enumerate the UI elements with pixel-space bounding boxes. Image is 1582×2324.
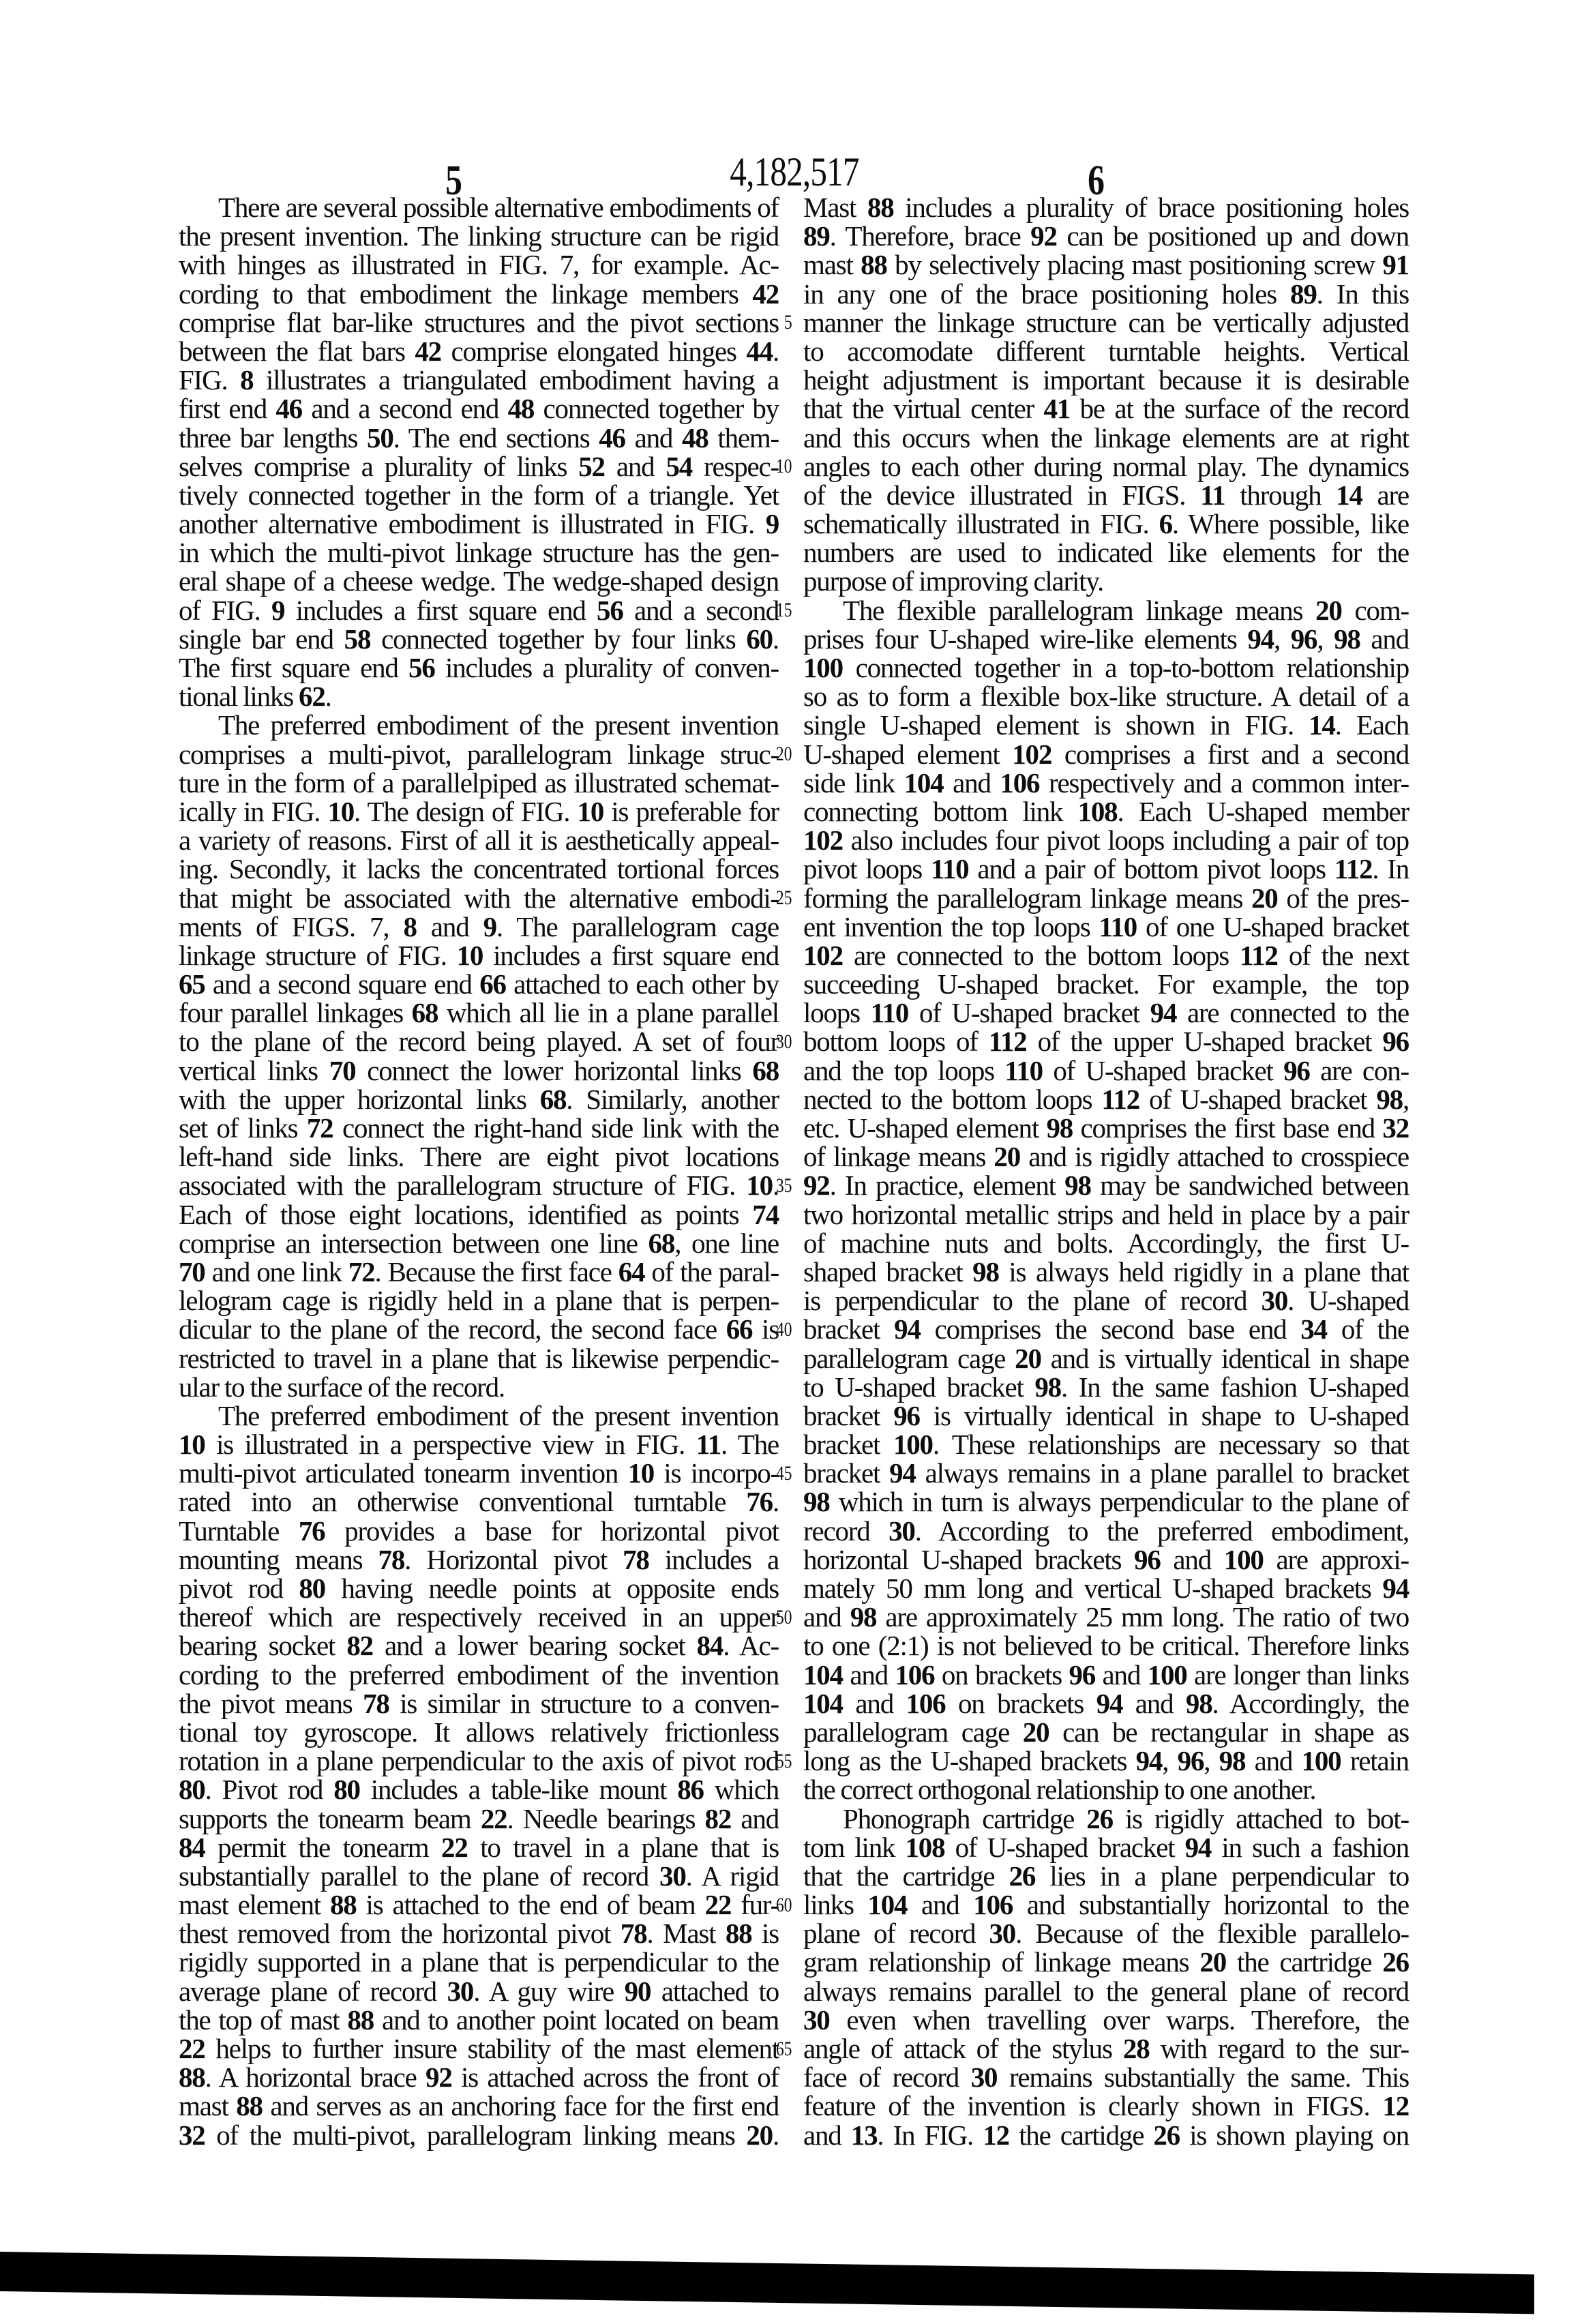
text-run: . Accordingly, the bbox=[1212, 1688, 1409, 1719]
text-run: mast element bbox=[179, 1889, 330, 1920]
reference-numeral: 82 bbox=[705, 1803, 732, 1834]
reference-numeral: 96 bbox=[893, 1400, 920, 1431]
reference-numeral: 112 bbox=[1334, 853, 1373, 884]
text-line: of linkage means 20 and is rigidly attac… bbox=[803, 1142, 1409, 1171]
text-line: of machine nuts and bolts. Accordingly, … bbox=[803, 1229, 1409, 1257]
text-run: and bbox=[1095, 1659, 1148, 1690]
text-line: 30 even when travelling over warps. Ther… bbox=[803, 2006, 1409, 2034]
text-line: pivot loops 110 and a pair of bottom piv… bbox=[803, 854, 1409, 883]
text-line: 104 and 106 on brackets 96 and 100 are l… bbox=[803, 1660, 1409, 1689]
text-run: even when travelling over warps. Therefo… bbox=[830, 2004, 1409, 2036]
text-line: ture in the form of a parallelpiped as i… bbox=[179, 769, 779, 797]
text-run: . According to the preferred embodiment, bbox=[915, 1515, 1409, 1547]
text-run: is attached to the end of beam bbox=[357, 1889, 705, 1920]
reference-numeral: 100 bbox=[893, 1429, 933, 1460]
text-line: with hinges as illustrated in FIG. 7, fo… bbox=[179, 250, 779, 279]
reference-numeral: 88 bbox=[726, 1918, 752, 1949]
text-line: thest removed from the horizontal pivot … bbox=[179, 1919, 779, 1948]
text-line: 84 permit the tonearm 22 to travel in a … bbox=[179, 1833, 779, 1862]
reference-numeral: 88 bbox=[347, 2004, 374, 2036]
reference-numeral: 88 bbox=[179, 2061, 205, 2093]
reference-numeral: 32 bbox=[1382, 1112, 1409, 1144]
reference-numeral: 86 bbox=[677, 1774, 704, 1805]
reference-numeral: 30 bbox=[803, 2004, 830, 2036]
text-run: bracket bbox=[803, 1313, 894, 1345]
text-run: permit the tonearm bbox=[205, 1832, 441, 1863]
reference-numeral: 104 bbox=[803, 1688, 843, 1719]
reference-numeral: 65 bbox=[179, 968, 205, 1000]
text-run: to travel in a plane that is bbox=[468, 1832, 779, 1863]
text-run: cording to that embodiment the linkage m… bbox=[179, 278, 752, 310]
reference-numeral: 78 bbox=[621, 1918, 647, 1949]
text-run: the correct orthogonal relationship to o… bbox=[803, 1774, 1315, 1805]
reference-numeral: 94 bbox=[1096, 1688, 1123, 1719]
reference-numeral: 80 bbox=[299, 1573, 325, 1604]
text-run: bracket bbox=[803, 1400, 893, 1431]
reference-numeral: 102 bbox=[803, 940, 843, 971]
text-line: to one (2:1) is not believed to be criti… bbox=[803, 1631, 1409, 1660]
text-line: three bar lengths 50. The end sections 4… bbox=[179, 423, 779, 452]
text-run: of the bbox=[1327, 1313, 1409, 1345]
reference-numeral: 66 bbox=[726, 1313, 753, 1345]
text-run: and bbox=[625, 422, 682, 453]
text-run: . Each bbox=[1335, 709, 1409, 741]
reference-numeral: 100 bbox=[1148, 1659, 1187, 1690]
text-run: numbers are used to indicated like eleme… bbox=[803, 537, 1409, 568]
text-run: and this occurs when the linkage element… bbox=[803, 422, 1409, 453]
text-run: U-shaped element bbox=[803, 739, 1012, 770]
text-run: tional toy gyroscope. It allows relative… bbox=[179, 1716, 779, 1748]
reference-numeral: 14 bbox=[1336, 479, 1362, 511]
text-run: Each of those eight locations, identifie… bbox=[179, 1199, 752, 1230]
text-line: forming the parallelogram linkage means … bbox=[803, 884, 1409, 912]
text-line: to U-shaped bracket 98. In the same fash… bbox=[803, 1373, 1409, 1401]
text-line: angle of attack of the stylus 28 with re… bbox=[803, 2034, 1409, 2063]
text-run: purpose of improving clarity. bbox=[803, 565, 1103, 597]
text-run: shaped bracket bbox=[803, 1256, 972, 1287]
reference-numeral: 100 bbox=[1302, 1745, 1341, 1776]
text-line: mately 50 mm long and vertical U-shaped … bbox=[803, 1574, 1409, 1603]
text-line: face of record 30 remains substantially … bbox=[803, 2063, 1409, 2091]
text-run: The preferred embodiment of the present … bbox=[218, 1400, 779, 1431]
text-run: and bbox=[417, 911, 483, 942]
text-line: substantially parallel to the plane of r… bbox=[179, 1862, 779, 1890]
text-run: ular to the surface of the record. bbox=[179, 1371, 505, 1403]
reference-numeral: 106 bbox=[906, 1688, 946, 1719]
text-run: and is virtually identical in shape bbox=[1041, 1343, 1409, 1374]
text-line: ing. Secondly, it lacks the concentrated… bbox=[179, 854, 779, 883]
text-line: mast 88 by selectively placing mast posi… bbox=[803, 250, 1409, 279]
reference-numeral: 112 bbox=[1240, 940, 1278, 971]
text-run: and bbox=[803, 1601, 850, 1633]
reference-numeral: 70 bbox=[329, 1055, 356, 1086]
text-run: ing. Secondly, it lacks the concentrated… bbox=[179, 853, 779, 884]
text-run: lelogram cage is rigidly held in a plane… bbox=[179, 1285, 779, 1316]
text-line: 88. A horizontal brace 92 is attached ac… bbox=[179, 2063, 779, 2091]
text-line: 98 which in turn is always perpendicular… bbox=[803, 1487, 1409, 1516]
reference-numeral: 14 bbox=[1309, 709, 1335, 741]
text-run: are approximately 25 mm long. The ratio … bbox=[876, 1601, 1409, 1633]
text-run: of the upper U-shaped bracket bbox=[1026, 1026, 1382, 1057]
reference-numeral: 92 bbox=[1030, 220, 1057, 252]
text-run: and bbox=[1161, 1544, 1224, 1575]
margin-line-number: 20 bbox=[776, 740, 792, 769]
text-line: restricted to travel in a plane that is … bbox=[179, 1344, 779, 1373]
text-line: that might be associated with the altern… bbox=[179, 884, 779, 912]
text-run: connect the right-hand side link with th… bbox=[333, 1112, 779, 1144]
text-line: nected to the bottom loops 112 of U-shap… bbox=[803, 1085, 1409, 1114]
text-run: bottom loops of bbox=[803, 1026, 989, 1057]
text-line: mast 88 and serves as an anchoring face … bbox=[179, 2091, 779, 2120]
text-line: horizontal U-shaped brackets 96 and 100 … bbox=[803, 1545, 1409, 1574]
text-line: average plane of record 30. A guy wire 9… bbox=[179, 1977, 779, 2006]
text-run: that might be associated with the altern… bbox=[179, 882, 779, 914]
text-run: on brackets bbox=[934, 1659, 1069, 1690]
text-run: Phonograph cartridge bbox=[843, 1803, 1086, 1834]
text-line: tional links 62. bbox=[179, 682, 779, 711]
text-run: in such a fashion bbox=[1211, 1832, 1409, 1863]
text-line: ically in FIG. 10. The design of FIG. 10… bbox=[179, 797, 779, 826]
text-run: . The design of FIG. bbox=[354, 796, 577, 827]
text-run: dicular to the plane of the record, the … bbox=[179, 1313, 726, 1345]
reference-numeral: 34 bbox=[1300, 1313, 1327, 1345]
text-line: height adjustment is important because i… bbox=[803, 366, 1409, 394]
text-run: . Each U-shaped member bbox=[1117, 796, 1409, 827]
text-run: . A guy wire bbox=[473, 1976, 624, 2007]
text-run: first end bbox=[179, 393, 275, 424]
text-line: gram relationship of linkage means 20 th… bbox=[803, 1948, 1409, 1976]
text-run: connect the lower horizontal links bbox=[355, 1055, 752, 1086]
reference-numeral: 106 bbox=[895, 1659, 934, 1690]
text-run: helps to further insure stability of the… bbox=[205, 2033, 779, 2064]
text-run: through bbox=[1225, 479, 1336, 511]
text-run: substantially parallel to the plane of r… bbox=[179, 1860, 659, 1892]
reference-numeral: 52 bbox=[578, 451, 605, 482]
reference-numeral: 98 bbox=[803, 1486, 830, 1517]
reference-numeral: 30 bbox=[1262, 1285, 1288, 1316]
text-run: two horizontal metallic strips and held … bbox=[803, 1199, 1409, 1230]
text-run: includes a table-like mount bbox=[360, 1774, 677, 1805]
patent-number: 4,182,517 bbox=[143, 149, 1446, 196]
reference-numeral: 68 bbox=[752, 1055, 779, 1086]
reference-numeral: 10 bbox=[327, 796, 354, 827]
reference-numeral: 94 bbox=[889, 1457, 916, 1489]
text-run: comprises the first base end bbox=[1073, 1112, 1382, 1144]
reference-numeral: 96 bbox=[1382, 1026, 1409, 1057]
text-line: ments of FIGS. 7, 8 and 9. The parallelo… bbox=[179, 912, 779, 941]
text-line: is perpendicular to the plane of record … bbox=[803, 1286, 1409, 1315]
margin-line-number: 55 bbox=[776, 1747, 792, 1776]
text-run: with regard to the sur- bbox=[1150, 2033, 1409, 2064]
text-run: and a second end bbox=[302, 393, 508, 424]
reference-numeral: 62 bbox=[299, 681, 325, 712]
text-run: of the device illustrated in FIGS. bbox=[803, 479, 1200, 511]
text-run: . Horizontal pivot bbox=[404, 1544, 623, 1575]
margin-line-number: 35 bbox=[776, 1172, 792, 1200]
text-run: . The bbox=[721, 1429, 779, 1460]
text-run: is virtually identical in shape to U-sha… bbox=[920, 1400, 1409, 1431]
text-line: 100 connected together in a top-to-botto… bbox=[803, 653, 1409, 682]
text-run: single U-shaped element is shown in FIG. bbox=[803, 709, 1309, 741]
reference-numeral: 8 bbox=[240, 364, 253, 396]
text-line: and the top loops 110 of U-shaped bracke… bbox=[803, 1056, 1409, 1085]
text-line: pivot rod 80 having needle points at opp… bbox=[179, 1574, 779, 1603]
reference-numeral: 89 bbox=[1290, 278, 1317, 310]
text-run: . Similarly, another bbox=[566, 1084, 779, 1115]
text-run: , bbox=[1274, 623, 1291, 655]
reference-numeral: 30 bbox=[447, 1976, 474, 2007]
left-text-column: There are several possible alternative e… bbox=[179, 193, 779, 2149]
reference-numeral: 12 bbox=[983, 2119, 1009, 2151]
text-run: long as the U-shaped brackets bbox=[803, 1745, 1136, 1776]
reference-numeral: 78 bbox=[378, 1544, 405, 1575]
text-run: can be rectangular in shape as bbox=[1049, 1716, 1409, 1748]
text-run: includes a bbox=[649, 1544, 779, 1575]
text-run: by selectively placing mast positioning … bbox=[887, 249, 1383, 280]
text-run: mounting means bbox=[179, 1544, 378, 1575]
text-line: the correct orthogonal relationship to o… bbox=[803, 1775, 1409, 1804]
text-run: , one line bbox=[674, 1227, 779, 1259]
text-run: manner the linkage structure can be vert… bbox=[803, 307, 1409, 338]
reference-numeral: 48 bbox=[508, 393, 535, 424]
reference-numeral: 20 bbox=[746, 2119, 773, 2151]
text-line: plane of record 30. Because of the flexi… bbox=[803, 1919, 1409, 1948]
reference-numeral: 9 bbox=[766, 508, 779, 539]
reference-numeral: 11 bbox=[1200, 479, 1225, 511]
text-run: always remains parallel to the general p… bbox=[803, 1976, 1409, 2007]
text-run: that the cartridge bbox=[803, 1860, 1009, 1892]
text-run: is shown playing on bbox=[1180, 2119, 1409, 2151]
text-run: . In FIG. bbox=[877, 2119, 983, 2151]
text-line: Each of those eight locations, identifie… bbox=[179, 1200, 779, 1229]
text-run: . A rigid bbox=[686, 1860, 779, 1892]
reference-numeral: 56 bbox=[597, 595, 623, 626]
reference-numeral: 88 bbox=[861, 249, 887, 280]
reference-numeral: 96 bbox=[1291, 623, 1317, 655]
reference-numeral: 20 bbox=[1015, 1343, 1041, 1374]
text-run: . Needle bearings bbox=[507, 1803, 704, 1834]
text-run: left-hand side links. There are eight pi… bbox=[179, 1141, 779, 1172]
reference-numeral: 10 bbox=[457, 940, 483, 971]
text-run: and bbox=[943, 767, 1000, 799]
reference-numeral: 104 bbox=[803, 1659, 843, 1690]
text-run: The first square end bbox=[179, 652, 408, 683]
text-line: mounting means 78. Horizontal pivot 78 i… bbox=[179, 1545, 779, 1574]
text-run: and bbox=[803, 2119, 851, 2151]
margin-line-number: 50 bbox=[776, 1603, 792, 1632]
text-line: the pivot means 78 is similar in structu… bbox=[179, 1689, 779, 1718]
text-run: . bbox=[773, 1486, 779, 1517]
text-run: single bar end bbox=[179, 623, 344, 655]
text-run: . Mast bbox=[646, 1918, 725, 1949]
reference-numeral: 10 bbox=[179, 1429, 205, 1460]
text-line: supports the tonearm beam 22. Needle bea… bbox=[179, 1804, 779, 1833]
text-line: cording to the preferred embodiment of t… bbox=[179, 1660, 779, 1689]
reference-numeral: 20 bbox=[1199, 1946, 1226, 1978]
reference-numeral: 110 bbox=[1004, 1055, 1043, 1086]
reference-numeral: 102 bbox=[803, 824, 843, 856]
text-run: is always held rigidly in a plane that bbox=[999, 1256, 1409, 1287]
text-run: forming the parallelogram linkage means bbox=[803, 882, 1251, 914]
reference-numeral: 66 bbox=[479, 968, 506, 1000]
text-line: lelogram cage is rigidly held in a plane… bbox=[179, 1286, 779, 1315]
text-line: loops 110 of U-shaped bracket 94 are con… bbox=[803, 998, 1409, 1027]
text-run: between the flat bars bbox=[179, 336, 415, 367]
text-line: 10 is illustrated in a perspective view … bbox=[179, 1430, 779, 1459]
reference-numeral: 110 bbox=[931, 853, 969, 884]
reference-numeral: 10 bbox=[627, 1457, 654, 1489]
text-line: long as the U-shaped brackets 94, 96, 98… bbox=[803, 1746, 1409, 1775]
text-line: angles to each other during normal play.… bbox=[803, 452, 1409, 481]
text-run: three bar lengths bbox=[179, 422, 367, 453]
text-line: bottom loops of 112 of the upper U-shape… bbox=[803, 1027, 1409, 1056]
text-line: and 98 are approximately 25 mm long. The… bbox=[803, 1603, 1409, 1631]
right-text-column: Mast 88 includes a plurality of brace po… bbox=[803, 193, 1409, 2149]
text-line: in any one of the brace positioning hole… bbox=[803, 280, 1409, 308]
reference-numeral: 32 bbox=[179, 2119, 205, 2151]
text-run: always remains in a plane parallel to br… bbox=[916, 1457, 1409, 1489]
reference-numeral: 41 bbox=[1044, 393, 1071, 424]
reference-numeral: 91 bbox=[1382, 249, 1409, 280]
text-run: . The parallelogram cage bbox=[496, 911, 779, 942]
text-run: connected together by four links bbox=[370, 623, 746, 655]
reference-numeral: 84 bbox=[179, 1832, 205, 1863]
reference-numeral: 30 bbox=[659, 1860, 686, 1892]
text-line: bearing socket 82 and a lower bearing so… bbox=[179, 1631, 779, 1660]
text-run: and bbox=[843, 1688, 906, 1719]
text-line: Turntable 76 provides a base for horizon… bbox=[179, 1517, 779, 1545]
text-run: the pivot means bbox=[179, 1688, 363, 1719]
text-run: may be sandwiched between bbox=[1091, 1170, 1409, 1201]
text-run: and bbox=[1122, 1688, 1186, 1719]
text-line: with the upper horizontal links 68. Simi… bbox=[179, 1085, 779, 1114]
text-run: loops bbox=[803, 997, 871, 1028]
text-run: angles to each other during normal play.… bbox=[803, 451, 1409, 482]
text-run: of the next bbox=[1278, 940, 1409, 971]
text-line: tional toy gyroscope. It allows relative… bbox=[179, 1718, 779, 1746]
text-run: comprise an intersection between one lin… bbox=[179, 1227, 648, 1259]
text-line: succeeding U-shaped bracket. For example… bbox=[803, 970, 1409, 998]
reference-numeral: 94 bbox=[1136, 1745, 1163, 1776]
reference-numeral: 104 bbox=[867, 1889, 907, 1920]
reference-numeral: 58 bbox=[344, 623, 371, 655]
text-run: vertical links bbox=[179, 1055, 329, 1086]
text-run: face of record bbox=[803, 2061, 971, 2093]
text-line: to accomodate different turntable height… bbox=[803, 337, 1409, 366]
text-line: parallelogram cage 20 and is virtually i… bbox=[803, 1344, 1409, 1373]
reference-numeral: 76 bbox=[746, 1486, 773, 1517]
text-run: . Because the first face bbox=[374, 1256, 618, 1287]
reference-numeral: 89 bbox=[803, 220, 830, 252]
reference-numeral: 12 bbox=[1382, 2090, 1409, 2121]
reference-numeral: 8 bbox=[404, 911, 417, 942]
text-run: a variety of reasons. First of all it is… bbox=[179, 824, 779, 856]
text-run: feature of the invention is clearly show… bbox=[803, 2090, 1382, 2121]
text-line: ular to the surface of the record. bbox=[179, 1373, 779, 1401]
text-run: tively connected together in the form of… bbox=[179, 479, 779, 511]
text-run: with the upper horizontal links bbox=[179, 1084, 540, 1115]
text-run: , bbox=[1317, 623, 1334, 655]
text-line: a variety of reasons. First of all it is… bbox=[179, 826, 779, 854]
reference-numeral: 10 bbox=[578, 796, 604, 827]
text-run: , bbox=[1204, 1745, 1219, 1776]
reference-numeral: 98 bbox=[1334, 623, 1360, 655]
text-run: , bbox=[1403, 1084, 1409, 1115]
text-line: Phonograph cartridge 26 is rigidly attac… bbox=[803, 1804, 1409, 1833]
reference-numeral: 22 bbox=[441, 1832, 468, 1863]
text-run: and to another point located on beam bbox=[374, 2004, 779, 2036]
reference-numeral: 110 bbox=[871, 997, 909, 1028]
text-line: Mast 88 includes a plurality of brace po… bbox=[803, 193, 1409, 222]
text-run: . Where possible, like bbox=[1172, 508, 1409, 539]
reference-numeral: 68 bbox=[648, 1227, 675, 1259]
reference-numeral: 88 bbox=[330, 1889, 357, 1920]
text-run: rotation in a plane perpendicular to the… bbox=[179, 1745, 779, 1776]
text-run: attached to each other by bbox=[506, 968, 779, 1000]
text-line: parallelogram cage 20 can be rectangular… bbox=[803, 1718, 1409, 1746]
reference-numeral: 30 bbox=[889, 1515, 915, 1547]
text-run: Mast bbox=[803, 192, 867, 223]
text-run: pivot loops bbox=[803, 853, 931, 884]
text-run: so as to form a flexible box-like struct… bbox=[803, 681, 1409, 712]
text-line: between the flat bars 42 comprise elonga… bbox=[179, 337, 779, 366]
text-line: that the virtual center 41 be at the sur… bbox=[803, 394, 1409, 423]
text-run: links bbox=[803, 1889, 867, 1920]
text-line: prises four U-shaped wire-like elements … bbox=[803, 625, 1409, 653]
text-run: are connected to the bbox=[1176, 997, 1409, 1028]
text-line: 65 and a second square end 66 attached t… bbox=[179, 970, 779, 998]
text-run: gram relationship of linkage means bbox=[803, 1946, 1199, 1978]
reference-numeral: 98 bbox=[1034, 1371, 1061, 1403]
text-line: in which the multi-pivot linkage structu… bbox=[179, 538, 779, 567]
text-run: includes a first square end bbox=[284, 595, 597, 626]
text-run: is similar in structure to a conven- bbox=[389, 1688, 779, 1719]
text-line: numbers are used to indicated like eleme… bbox=[803, 538, 1409, 567]
text-run: rated into an otherwise conventional tur… bbox=[179, 1486, 746, 1517]
text-run: selves comprise a plurality of links bbox=[179, 451, 578, 482]
text-line: 104 and 106 on brackets 94 and 98. Accor… bbox=[803, 1689, 1409, 1718]
text-run: linkage structure of FIG. bbox=[179, 940, 457, 971]
text-run: ments of FIGS. 7, bbox=[179, 911, 404, 942]
text-run: bracket bbox=[803, 1429, 893, 1460]
reference-numeral: 80 bbox=[333, 1774, 360, 1805]
text-line: multi-pivot articulated tonearm inventio… bbox=[179, 1459, 779, 1487]
text-run: to U-shaped bracket bbox=[803, 1371, 1034, 1403]
text-run: having needle points at opposite ends bbox=[325, 1573, 779, 1604]
text-run: . A horizontal brace bbox=[205, 2061, 426, 2093]
text-run: of one U-shaped bracket bbox=[1137, 911, 1409, 942]
text-run: . bbox=[325, 681, 331, 712]
text-line: vertical links 70 connect the lower hori… bbox=[179, 1056, 779, 1085]
text-run: are connected to the bottom loops bbox=[843, 940, 1240, 971]
text-line: tom link 108 of U-shaped bracket 94 in s… bbox=[803, 1833, 1409, 1862]
text-run: schematically illustrated in FIG. bbox=[803, 508, 1159, 539]
text-run: are approxi- bbox=[1264, 1544, 1409, 1575]
reference-numeral: 20 bbox=[1023, 1716, 1049, 1748]
margin-line-number: 30 bbox=[776, 1028, 792, 1056]
text-run: . Pivot rod bbox=[205, 1774, 334, 1805]
reference-numeral: 94 bbox=[1382, 1573, 1409, 1604]
text-run: of U-shaped bracket bbox=[944, 1832, 1184, 1863]
reference-numeral: 94 bbox=[894, 1313, 921, 1345]
text-run: nected to the bottom loops bbox=[803, 1084, 1101, 1115]
text-run: and bbox=[731, 1803, 779, 1834]
text-line: rated into an otherwise conventional tur… bbox=[179, 1487, 779, 1516]
text-run: and a second bbox=[623, 595, 779, 626]
text-line: 102 are connected to the bottom loops 11… bbox=[803, 941, 1409, 970]
reference-numeral: 68 bbox=[412, 997, 438, 1028]
text-run: and serves as an anchoring face for the … bbox=[263, 2090, 779, 2121]
